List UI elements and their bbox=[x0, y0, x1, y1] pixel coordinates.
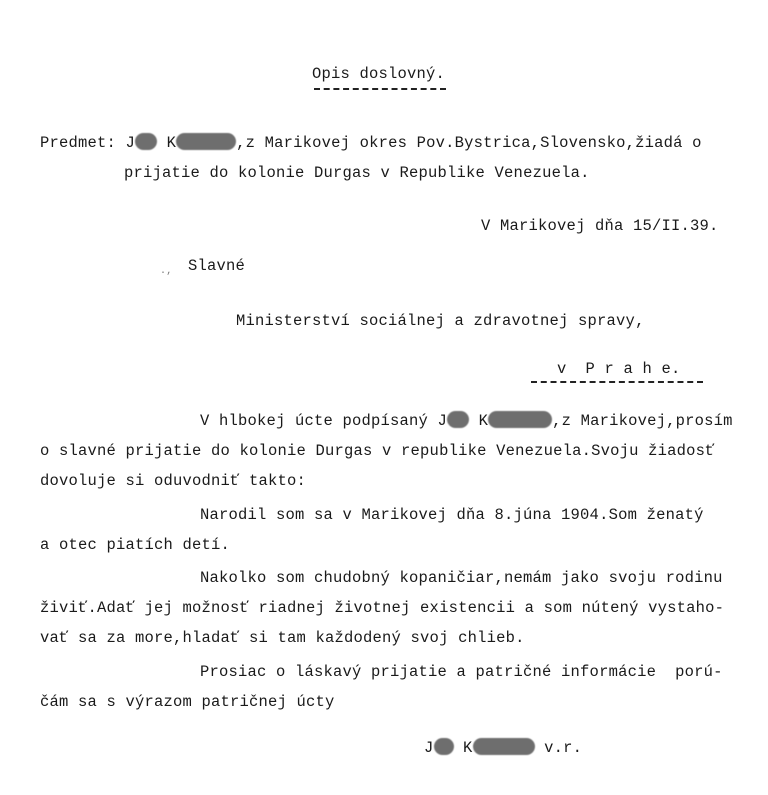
redaction-signature-first bbox=[434, 738, 454, 755]
body-p1-text-a: V hlbokej úcte podpísaný J bbox=[200, 412, 447, 430]
subject-name-first-initial: J bbox=[126, 134, 136, 152]
subject-line-1: Predmet: J K,z Marikovej okres Pov.Bystr… bbox=[40, 133, 702, 153]
body-paragraph-1-line-2: o slavné prijatie do kolonie Durgas v re… bbox=[40, 441, 715, 461]
signature-last-initial: K bbox=[463, 739, 473, 757]
redaction-first-name bbox=[135, 133, 157, 150]
subject-line-2: prijatie do kolonie Durgas v Republike V… bbox=[124, 163, 590, 183]
body-paragraph-2-line-1: Narodil som sa v Marikovej dňa 8.júna 19… bbox=[200, 505, 704, 525]
signature-suffix: v.r. bbox=[544, 739, 582, 757]
redaction-last-name bbox=[176, 133, 236, 150]
body-paragraph-1-line-1: V hlbokej úcte podpísaný J K,z Marikovej… bbox=[200, 411, 733, 431]
body-p1-text-b: K bbox=[479, 412, 489, 430]
document-title: Opis doslovný. bbox=[312, 64, 445, 84]
redaction-signature-last bbox=[473, 738, 535, 755]
body-paragraph-4-line-1: Prosiac o láskavý prijatie a patričné in… bbox=[200, 662, 723, 682]
body-p1-text-c: ,z Marikovej,prosím bbox=[552, 412, 733, 430]
title-underline bbox=[314, 88, 446, 90]
body-paragraph-2-line-2: a otec piatích detí. bbox=[40, 535, 230, 555]
redaction-last-name-body bbox=[488, 411, 552, 428]
salutation: Slavné bbox=[188, 256, 245, 276]
addressee: Ministerství sociálnej a zdravotnej spra… bbox=[236, 311, 645, 331]
city-underline bbox=[531, 381, 703, 383]
subject-line-1-rest: ,z Marikovej okres Pov.Bystrica,Slovensk… bbox=[236, 134, 702, 152]
subject-label: Predmet: bbox=[40, 134, 116, 152]
redaction-first-name-body bbox=[447, 411, 469, 428]
body-paragraph-3-line-2: živiť.Adať jej možnosť riadnej životnej … bbox=[40, 598, 724, 618]
body-paragraph-1-line-3: dovoluje si oduvodniť takto: bbox=[40, 471, 306, 491]
subject-name-last-initial: K bbox=[167, 134, 177, 152]
addressee-city: v P r a h e. bbox=[557, 359, 681, 379]
place-date: V Marikovej dňa 15/II.39. bbox=[481, 216, 719, 236]
signature: J K v.r. bbox=[424, 738, 582, 758]
body-paragraph-3-line-1: Nakolko som chudobný kopaničiar,nemám ja… bbox=[200, 568, 723, 588]
body-paragraph-4-line-2: čám sa s výrazom patričnej úcty bbox=[40, 692, 335, 712]
salutation-mark: ., bbox=[160, 266, 172, 277]
body-paragraph-3-line-3: vať sa za more,hladať si tam každodený s… bbox=[40, 628, 525, 648]
signature-first-initial: J bbox=[424, 739, 434, 757]
